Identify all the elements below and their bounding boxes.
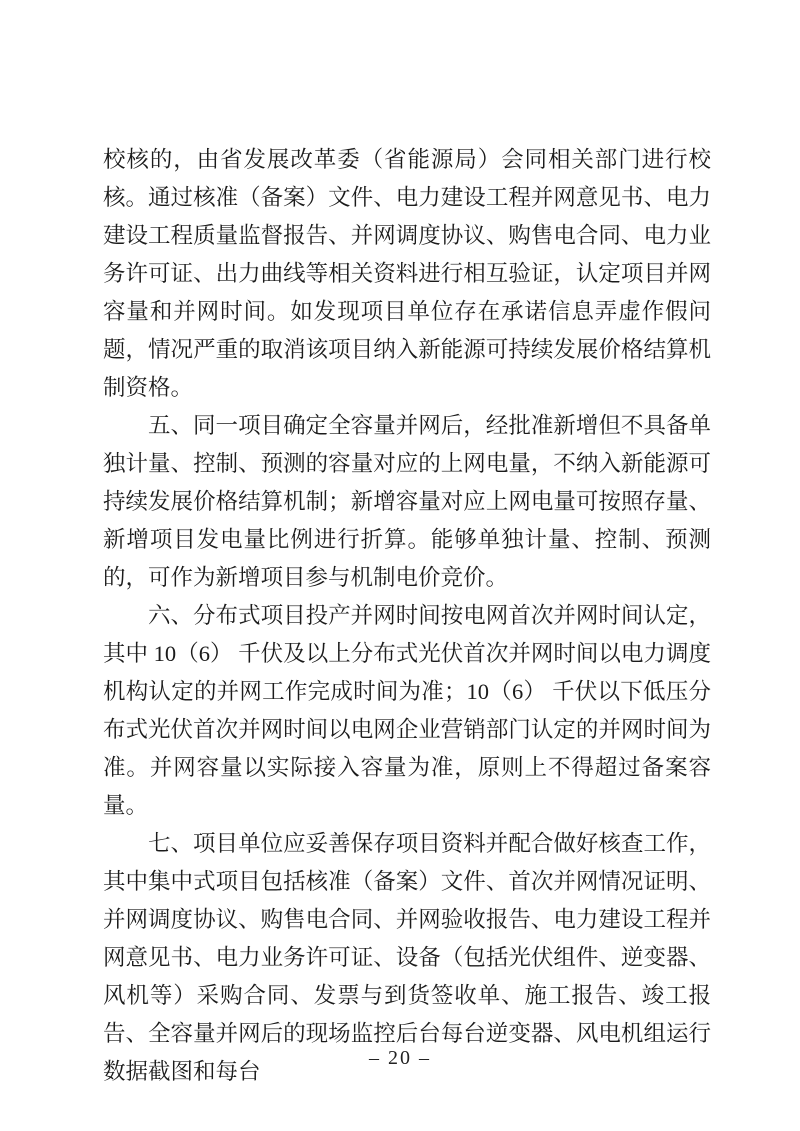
page-body-text: 校核的，由省发展改革委（省能源局）会同相关部门进行校核。通过核准（备案）文件、电… <box>103 141 711 1091</box>
document-page: 校核的，由省发展改革委（省能源局）会同相关部门进行校核。通过核准（备案）文件、电… <box>0 0 800 1131</box>
body-paragraph-item-5: 五、同一项目确定全容量并网后，经批准新增但不具备单独计量、控制、预测的容量对应的… <box>103 407 711 597</box>
body-paragraph-item-6: 六、分布式项目投产并网时间按电网首次并网时间认定，其中 10（6） 千伏及以上分… <box>103 597 711 825</box>
page-number: – 20 – <box>0 1045 800 1071</box>
body-paragraph-continuation: 校核的，由省发展改革委（省能源局）会同相关部门进行校核。通过核准（备案）文件、电… <box>103 141 711 407</box>
